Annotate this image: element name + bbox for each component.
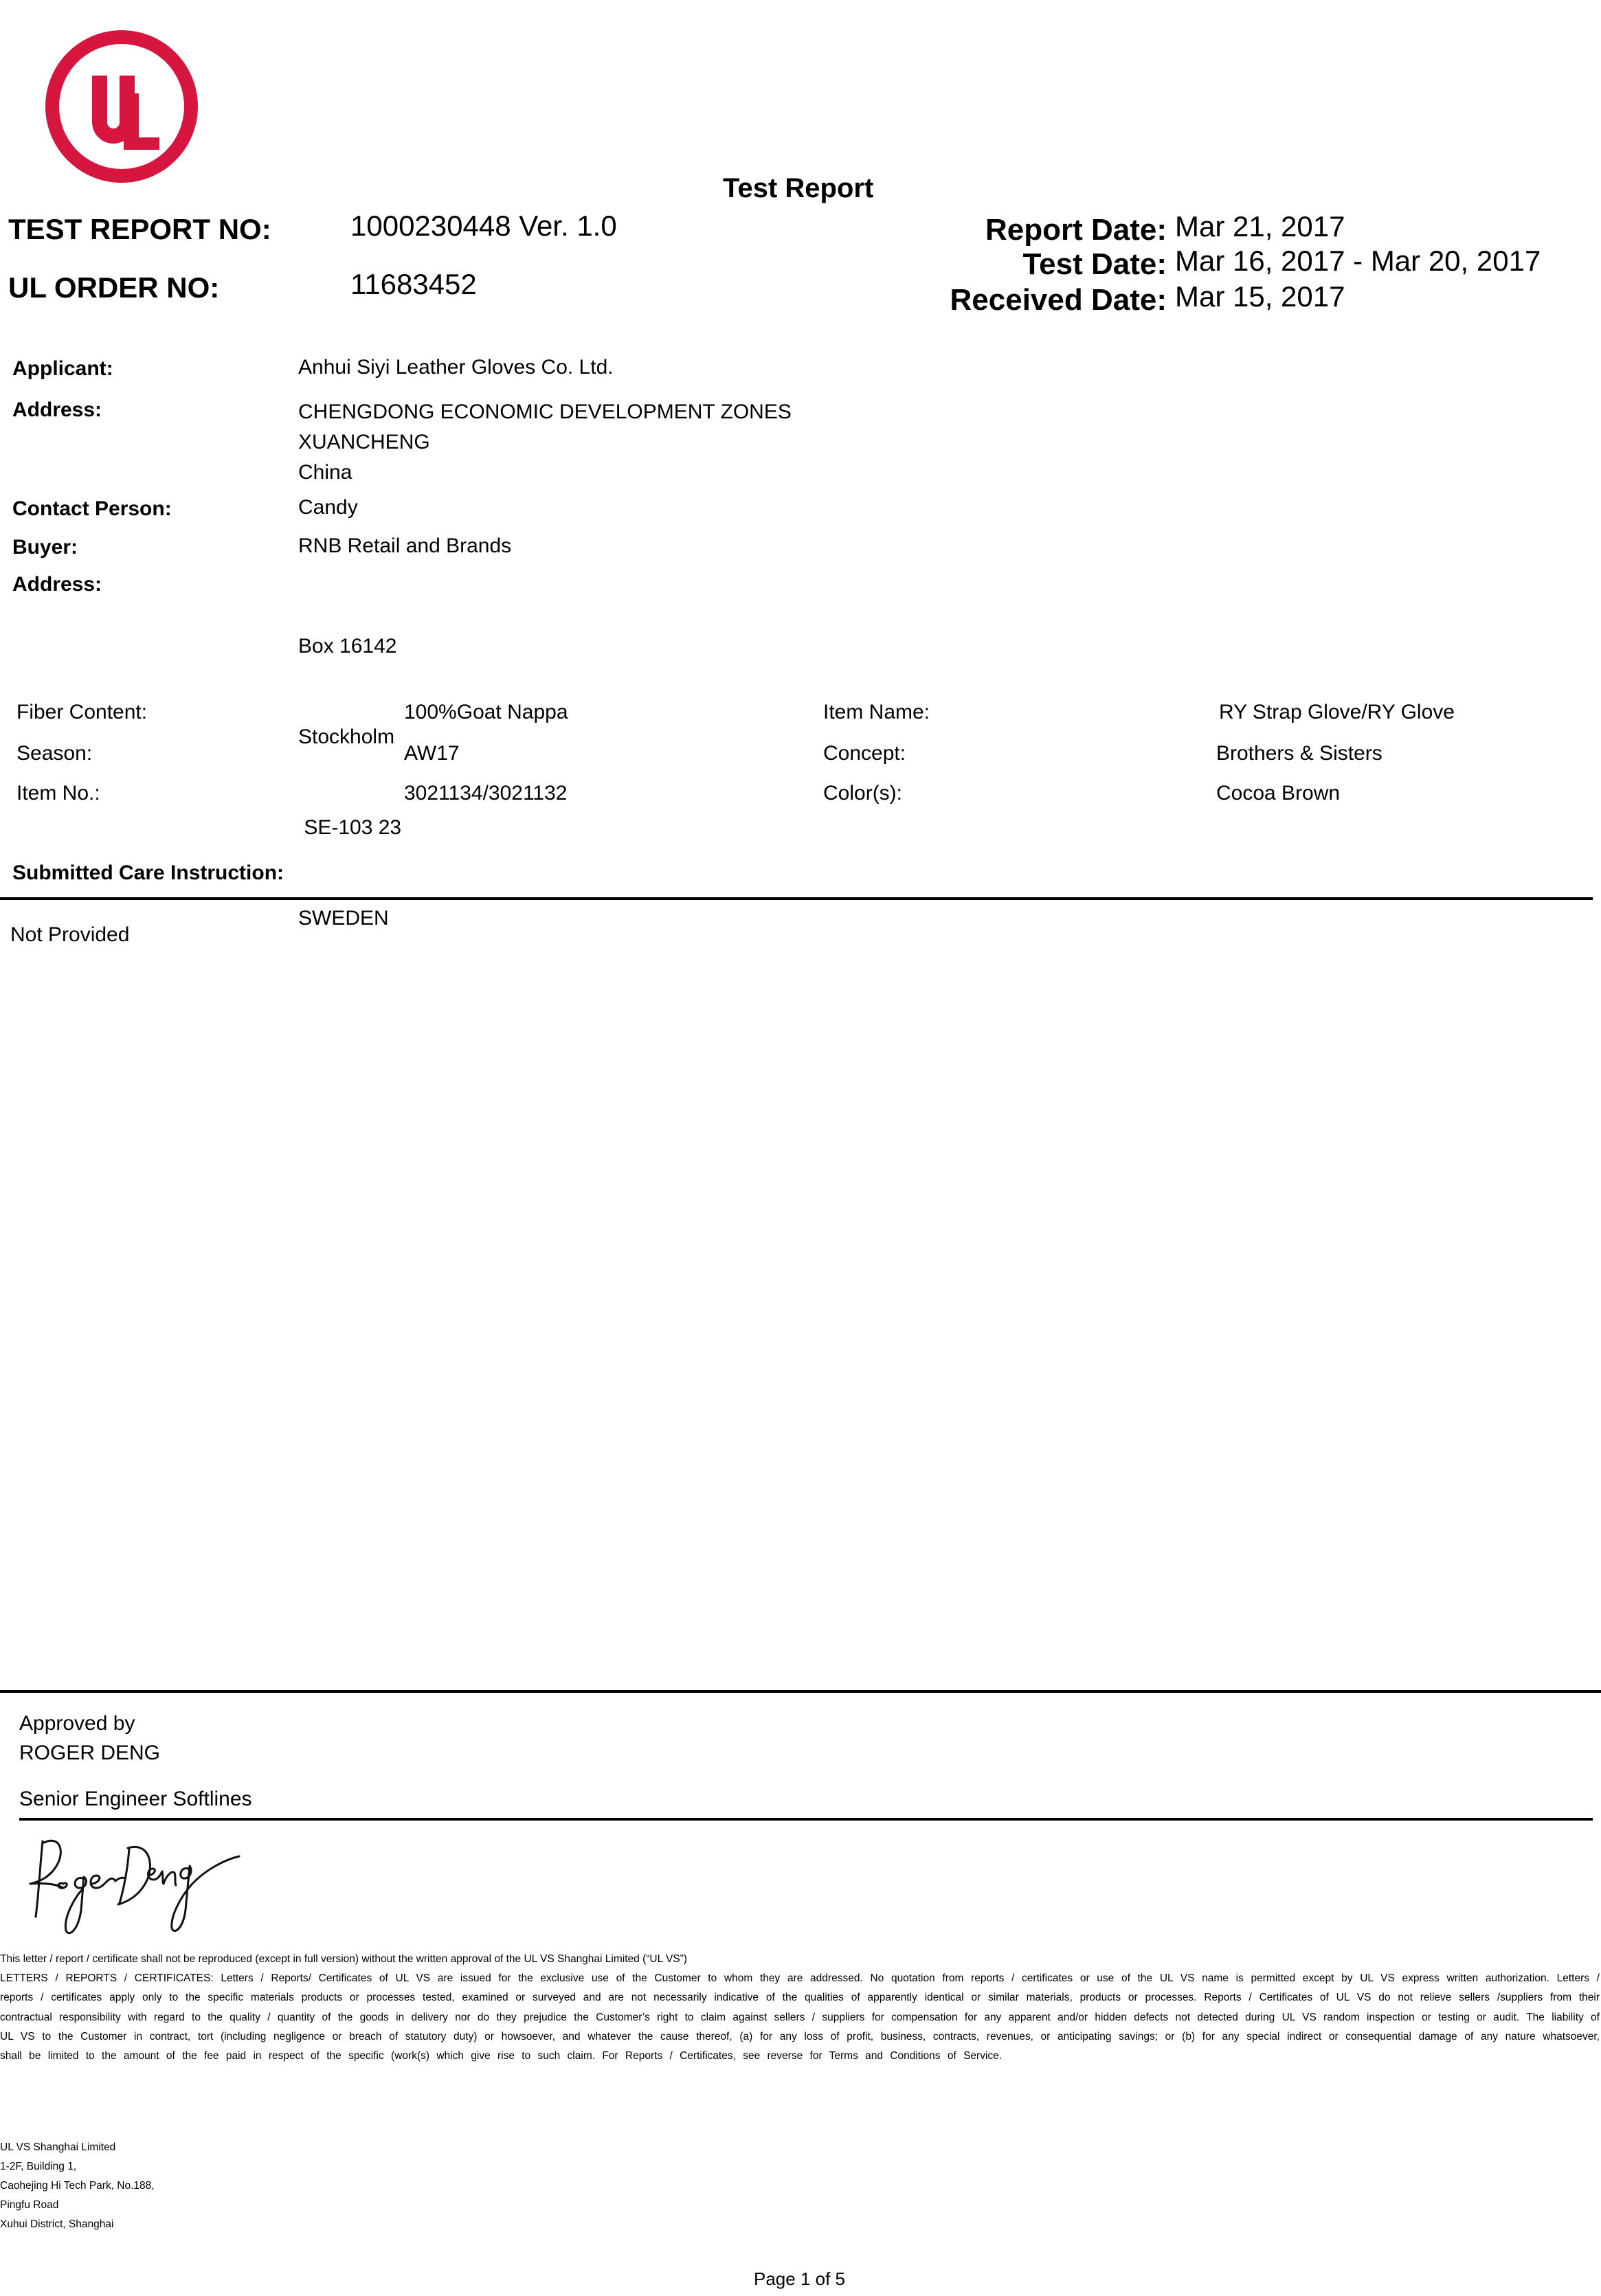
buyer-address-line: Stockholm (298, 722, 401, 752)
season-value: AW17 (404, 742, 460, 765)
company-address: UL VS Shanghai Limited 1-2F, Building 1,… (0, 2138, 155, 2234)
buyer-value: RNB Retail and Brands (298, 531, 511, 561)
concept-value: Brothers & Sisters (1216, 742, 1382, 765)
care-instruction-value: Not Provided (10, 923, 129, 947)
company-address-line: Pingfu Road (0, 2196, 155, 2215)
contact-person-value: Candy (298, 493, 358, 523)
fiber-content-value: 100%Goat Nappa (404, 701, 568, 724)
buyer-address-line: SE-103 23 (298, 813, 401, 843)
company-address-line: 1-2F, Building 1, (0, 2157, 155, 2176)
test-date-value: Mar 16, 2017 - Mar 20, 2017 (1175, 245, 1541, 278)
item-no-value: 3021134/3021132 (404, 782, 567, 805)
address-line: China (298, 458, 792, 488)
test-report-no-value: 1000230448 Ver. 1.0 (350, 210, 617, 243)
ul-logo-icon (43, 27, 201, 185)
company-address-line: Caohejing Hi Tech Park, No.188, (0, 2176, 155, 2196)
approval-top-divider (0, 1690, 1601, 1693)
address-value: CHENGDONG ECONOMIC DEVELOPMENT ZONES XUA… (298, 397, 792, 488)
company-address-line: Xuhui District, Shanghai (0, 2215, 155, 2234)
item-name-value: RY Strap Glove/RY Glove (1219, 701, 1455, 724)
address-line: CHENGDONG ECONOMIC DEVELOPMENT ZONES (298, 397, 792, 427)
colors-value: Cocoa Brown (1216, 782, 1340, 805)
colors-label: Color(s): (823, 782, 902, 805)
address-line: XUANCHENG (298, 427, 792, 458)
test-date-label: Test Date: (754, 247, 1167, 282)
signature-divider (19, 1818, 1593, 1821)
received-date-value: Mar 15, 2017 (1175, 280, 1345, 313)
report-date-label: Report Date: (754, 213, 1167, 247)
disclaimer-body: LETTERS / REPORTS / CERTIFICATES: Letter… (0, 1969, 1600, 2066)
approver-title: Senior Engineer Softlines (19, 1788, 252, 1811)
buyer-address-value: Box 16142 Stockholm SE-103 23 SWEDEN (298, 571, 401, 964)
ul-order-no-label: UL ORDER NO: (8, 271, 219, 304)
buyer-address-line: SWEDEN (298, 903, 401, 934)
address-label: Address: (12, 398, 102, 422)
item-no-label: Item No.: (16, 782, 100, 805)
care-divider (0, 897, 1593, 900)
disclaimer-first-line: This letter / report / certificate shall… (0, 1950, 1600, 1969)
applicant-label: Applicant: (12, 357, 113, 381)
care-instruction-label: Submitted Care Instruction: (12, 862, 284, 885)
report-title: Test Report (723, 173, 873, 204)
approved-by-label: Approved by (19, 1712, 135, 1735)
buyer-address-label: Address: (12, 573, 102, 596)
disclaimer: This letter / report / certificate shall… (0, 1950, 1600, 2066)
report-date-value: Mar 21, 2017 (1175, 210, 1345, 243)
buyer-address-line: Box 16142 (298, 631, 401, 662)
buyer-label: Buyer: (12, 536, 78, 559)
signature-image (21, 1827, 405, 1944)
page-number: Page 1 of 5 (754, 2269, 845, 2290)
ul-order-no-value: 11683452 (350, 268, 477, 301)
approver-name: ROGER DENG (19, 1742, 160, 1765)
season-label: Season: (16, 742, 92, 765)
concept-label: Concept: (823, 742, 906, 765)
fiber-content-label: Fiber Content: (16, 701, 147, 724)
test-report-no-label: TEST REPORT NO: (8, 213, 271, 246)
item-name-label: Item Name: (823, 701, 930, 724)
company-address-line: UL VS Shanghai Limited (0, 2138, 155, 2157)
applicant-value: Anhui Siyi Leather Gloves Co. Ltd. (298, 352, 614, 383)
contact-person-label: Contact Person: (12, 497, 172, 521)
received-date-label: Received Date: (754, 283, 1167, 317)
